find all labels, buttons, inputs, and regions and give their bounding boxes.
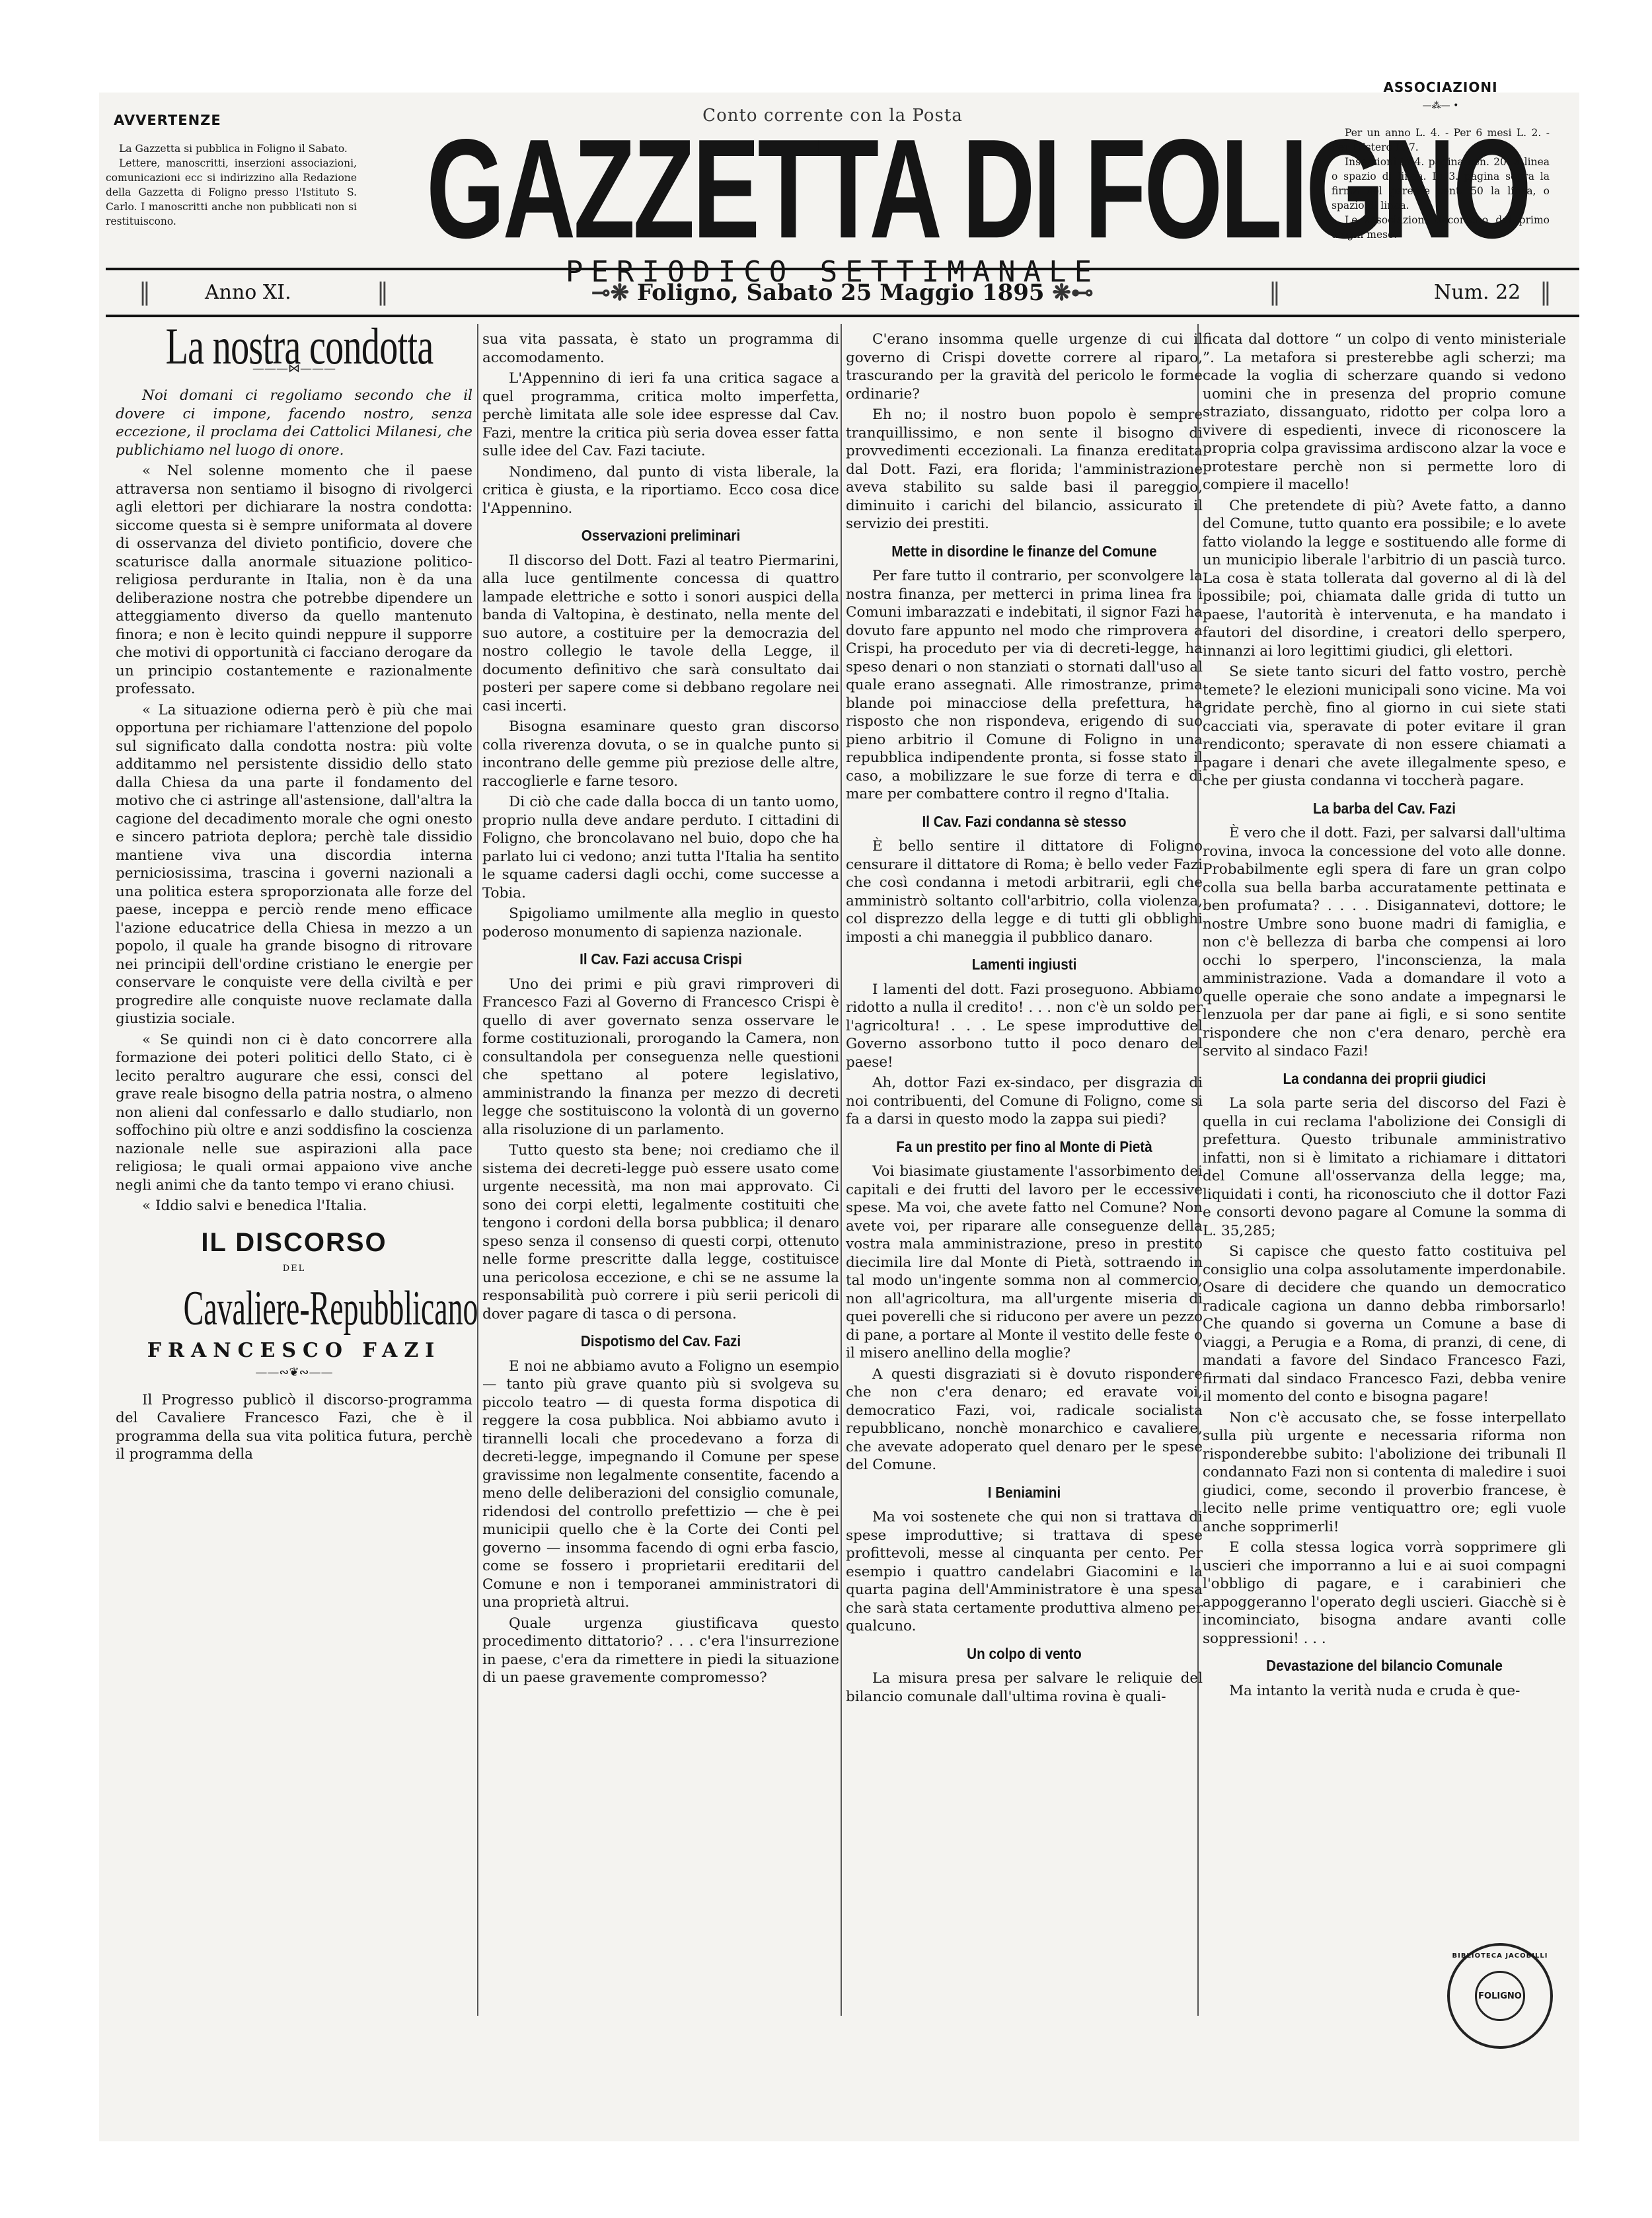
paragraph: Di ciò che cade dalla bocca di un tanto …	[482, 793, 839, 902]
paragraph: È bello sentire il dittatore di Foligno …	[846, 837, 1203, 946]
paragraph: Ah, dottor Fazi ex-sindaco, per disgrazi…	[846, 1074, 1203, 1129]
article-intro: Noi domani ci regoliamo secondo che il d…	[116, 387, 472, 459]
paragraph: Che pretendete di più? Avete fatto, a da…	[1203, 497, 1566, 661]
paragraph: Ma voi sostenete che qui non si trattava…	[846, 1508, 1203, 1636]
paragraph: « Iddio salvi e benedica l'Italia.	[116, 1197, 472, 1215]
paragraph: La misura presa per salvare le reliquie …	[846, 1669, 1203, 1706]
paragraph: « Nel solenne momento che il paese attra…	[116, 462, 472, 699]
newspaper-title: GAZZETTA DI FOLIGNO	[426, 126, 1239, 252]
paragraph: Si capisce che questo fatto costituiva p…	[1203, 1243, 1566, 1406]
section-heading: La barba del Cav. Fazi	[1221, 800, 1548, 818]
notices-heading: AVVERTENZE	[114, 112, 357, 128]
article-title-connector: DEL	[116, 1260, 472, 1278]
paragraph: È vero che il dott. Fazi, per salvarsi d…	[1203, 824, 1566, 1061]
paragraph: L'Appennino di ieri fa una critica sagac…	[482, 369, 839, 461]
paragraph: E colla stessa logica vorrà sopprimere g…	[1203, 1539, 1566, 1648]
section-heading: Il Cav. Fazi accusa Crispi	[500, 950, 821, 969]
paragraph: A questi disgraziati si è dovuto rispond…	[846, 1365, 1203, 1474]
section-heading: Dispotismo del Cav. Fazi	[500, 1332, 821, 1351]
section-heading: Devastazione del bilancio Comunale	[1221, 1657, 1548, 1675]
notice-text: Lettere, manoscritti, inserzioni associa…	[106, 156, 357, 229]
section-heading: Lamenti ingiusti	[864, 956, 1185, 974]
stamp-ring-text: BIBLIOTECA JACOBILLI	[1452, 1952, 1548, 1960]
column-2: sua vita passata, è stato un programma d…	[482, 330, 839, 1690]
paragraph: Ma intanto la verità nuda e cruda è que-	[1203, 1682, 1566, 1701]
article-title: La nostra condotta	[166, 337, 423, 356]
issue-number: Num. 22	[1434, 281, 1521, 304]
paragraph: Spigoliamo umilmente alla meglio in ques…	[482, 905, 839, 941]
paragraph: I lamenti del dott. Fazi proseguono. Abb…	[846, 981, 1203, 1072]
ornament-right-icon: ❋⊷	[1052, 280, 1094, 306]
subscription-text: Per un anno L. 4. - Per 6 mesi L. 2. - P…	[1332, 126, 1550, 155]
library-stamp-icon: BIBLIOTECA JACOBILLI FOLIGNO	[1447, 1943, 1553, 2049]
section-heading: Fa un prestito per fino al Monte di Piet…	[864, 1138, 1185, 1157]
ornament-icon: ——∾❦∾——	[116, 1363, 472, 1382]
subscription-text: Le associazioni decorrono dal primo d'og…	[1332, 213, 1550, 242]
paragraph: Non c'è accusato che, se fosse interpell…	[1203, 1409, 1566, 1537]
paragraph: Per fare tutto il contrario, per sconvol…	[846, 567, 1203, 804]
section-heading: La condanna dei proprii giudici	[1221, 1070, 1548, 1089]
masthead: Conto corrente con la Posta GAZZETTA DI …	[360, 106, 1305, 289]
paragraph: Se siete tanto sicuri del fatto vostro, …	[1203, 663, 1566, 790]
stamp-center-text: FOLIGNO	[1478, 1991, 1522, 2001]
paragraph: Tutto questo sta bene; noi crediamo che …	[482, 1141, 839, 1323]
section-heading: Osservazioni preliminari	[500, 527, 821, 545]
paragraph: C'erano insomma quelle urgenze di cui il…	[846, 330, 1203, 403]
column-divider	[841, 324, 842, 2016]
paragraph: Eh no; il nostro buon popolo è sempre tr…	[846, 406, 1203, 533]
column-4: ficata dal dottore “ un colpo di vento m…	[1203, 330, 1566, 1702]
paragraph: Il Progresso publicò il discorso-program…	[116, 1391, 472, 1464]
paragraph: Voi biasimate giustamente l'assorbimento…	[846, 1163, 1203, 1363]
paragraph: « La situazione odierna però è più che m…	[116, 701, 472, 1028]
paragraph: Bisogna esaminare questo gran discorso c…	[482, 718, 839, 790]
paragraph: Il discorso del Dott. Fazi al teatro Pie…	[482, 552, 839, 716]
pillar-ornament-icon: ‖	[1540, 279, 1552, 306]
column-1: La nostra condotta ———⋈——— Noi domani ci…	[116, 330, 472, 1467]
section-heading: I Beniamini	[864, 1484, 1185, 1502]
section-heading: Un colpo di vento	[864, 1645, 1185, 1663]
paragraph: « Se quindi non ci è dato concorrere all…	[116, 1031, 472, 1195]
paragraph: Quale urgenza giustificava questo proced…	[482, 1615, 839, 1687]
notice-text: La Gazzetta si pubblica in Foligno il Sa…	[106, 141, 357, 156]
issue-date: Foligno, Sabato 25 Maggio 1895	[637, 280, 1045, 306]
column-3: C'erano insomma quelle urgenze di cui il…	[846, 330, 1203, 1708]
section-heading: Mette in disordine le finanze del Comune	[864, 543, 1185, 561]
article-title-name: FRANCESCO FAZI	[116, 1342, 472, 1360]
subscriptions-heading: ASSOCIAZIONI	[1332, 79, 1550, 95]
column-divider	[477, 324, 478, 2016]
paragraph: ficata dal dottore “ un colpo di vento m…	[1203, 330, 1566, 494]
article-title-main: Cavaliere-Repubblicano	[184, 1282, 405, 1335]
paragraph: La sola parte seria del discorso del Faz…	[1203, 1094, 1566, 1240]
paragraph: Nondimeno, dal punto di vista liberale, …	[482, 463, 839, 518]
ornament-left-icon: ⊸❋	[591, 280, 629, 306]
subscription-text: Inserzioni in 4. pagina cen. 20 la linea…	[1332, 155, 1550, 213]
notices-box: AVVERTENZE La Gazzetta si pubblica in Fo…	[106, 112, 357, 229]
section-heading: Il Cav. Fazi condanna sè stesso	[864, 813, 1185, 831]
article-title: IL DISCORSO	[116, 1234, 472, 1252]
ornament-icon: —⁂— •	[1332, 100, 1550, 111]
paragraph: sua vita passata, è stato un programma d…	[482, 330, 839, 367]
subscriptions-box: ASSOCIAZIONI —⁂— • Per un anno L. 4. - P…	[1332, 79, 1550, 242]
paragraph: Uno dei primi e più gravi rimproveri di …	[482, 975, 839, 1139]
date-bar: ‖ Anno XI. ‖ ⊸❋ Foligno, Sabato 25 Maggi…	[106, 268, 1579, 317]
paragraph: E noi ne abbiamo avuto a Foligno un esem…	[482, 1358, 839, 1612]
pillar-ornament-icon: ‖	[1269, 279, 1281, 306]
